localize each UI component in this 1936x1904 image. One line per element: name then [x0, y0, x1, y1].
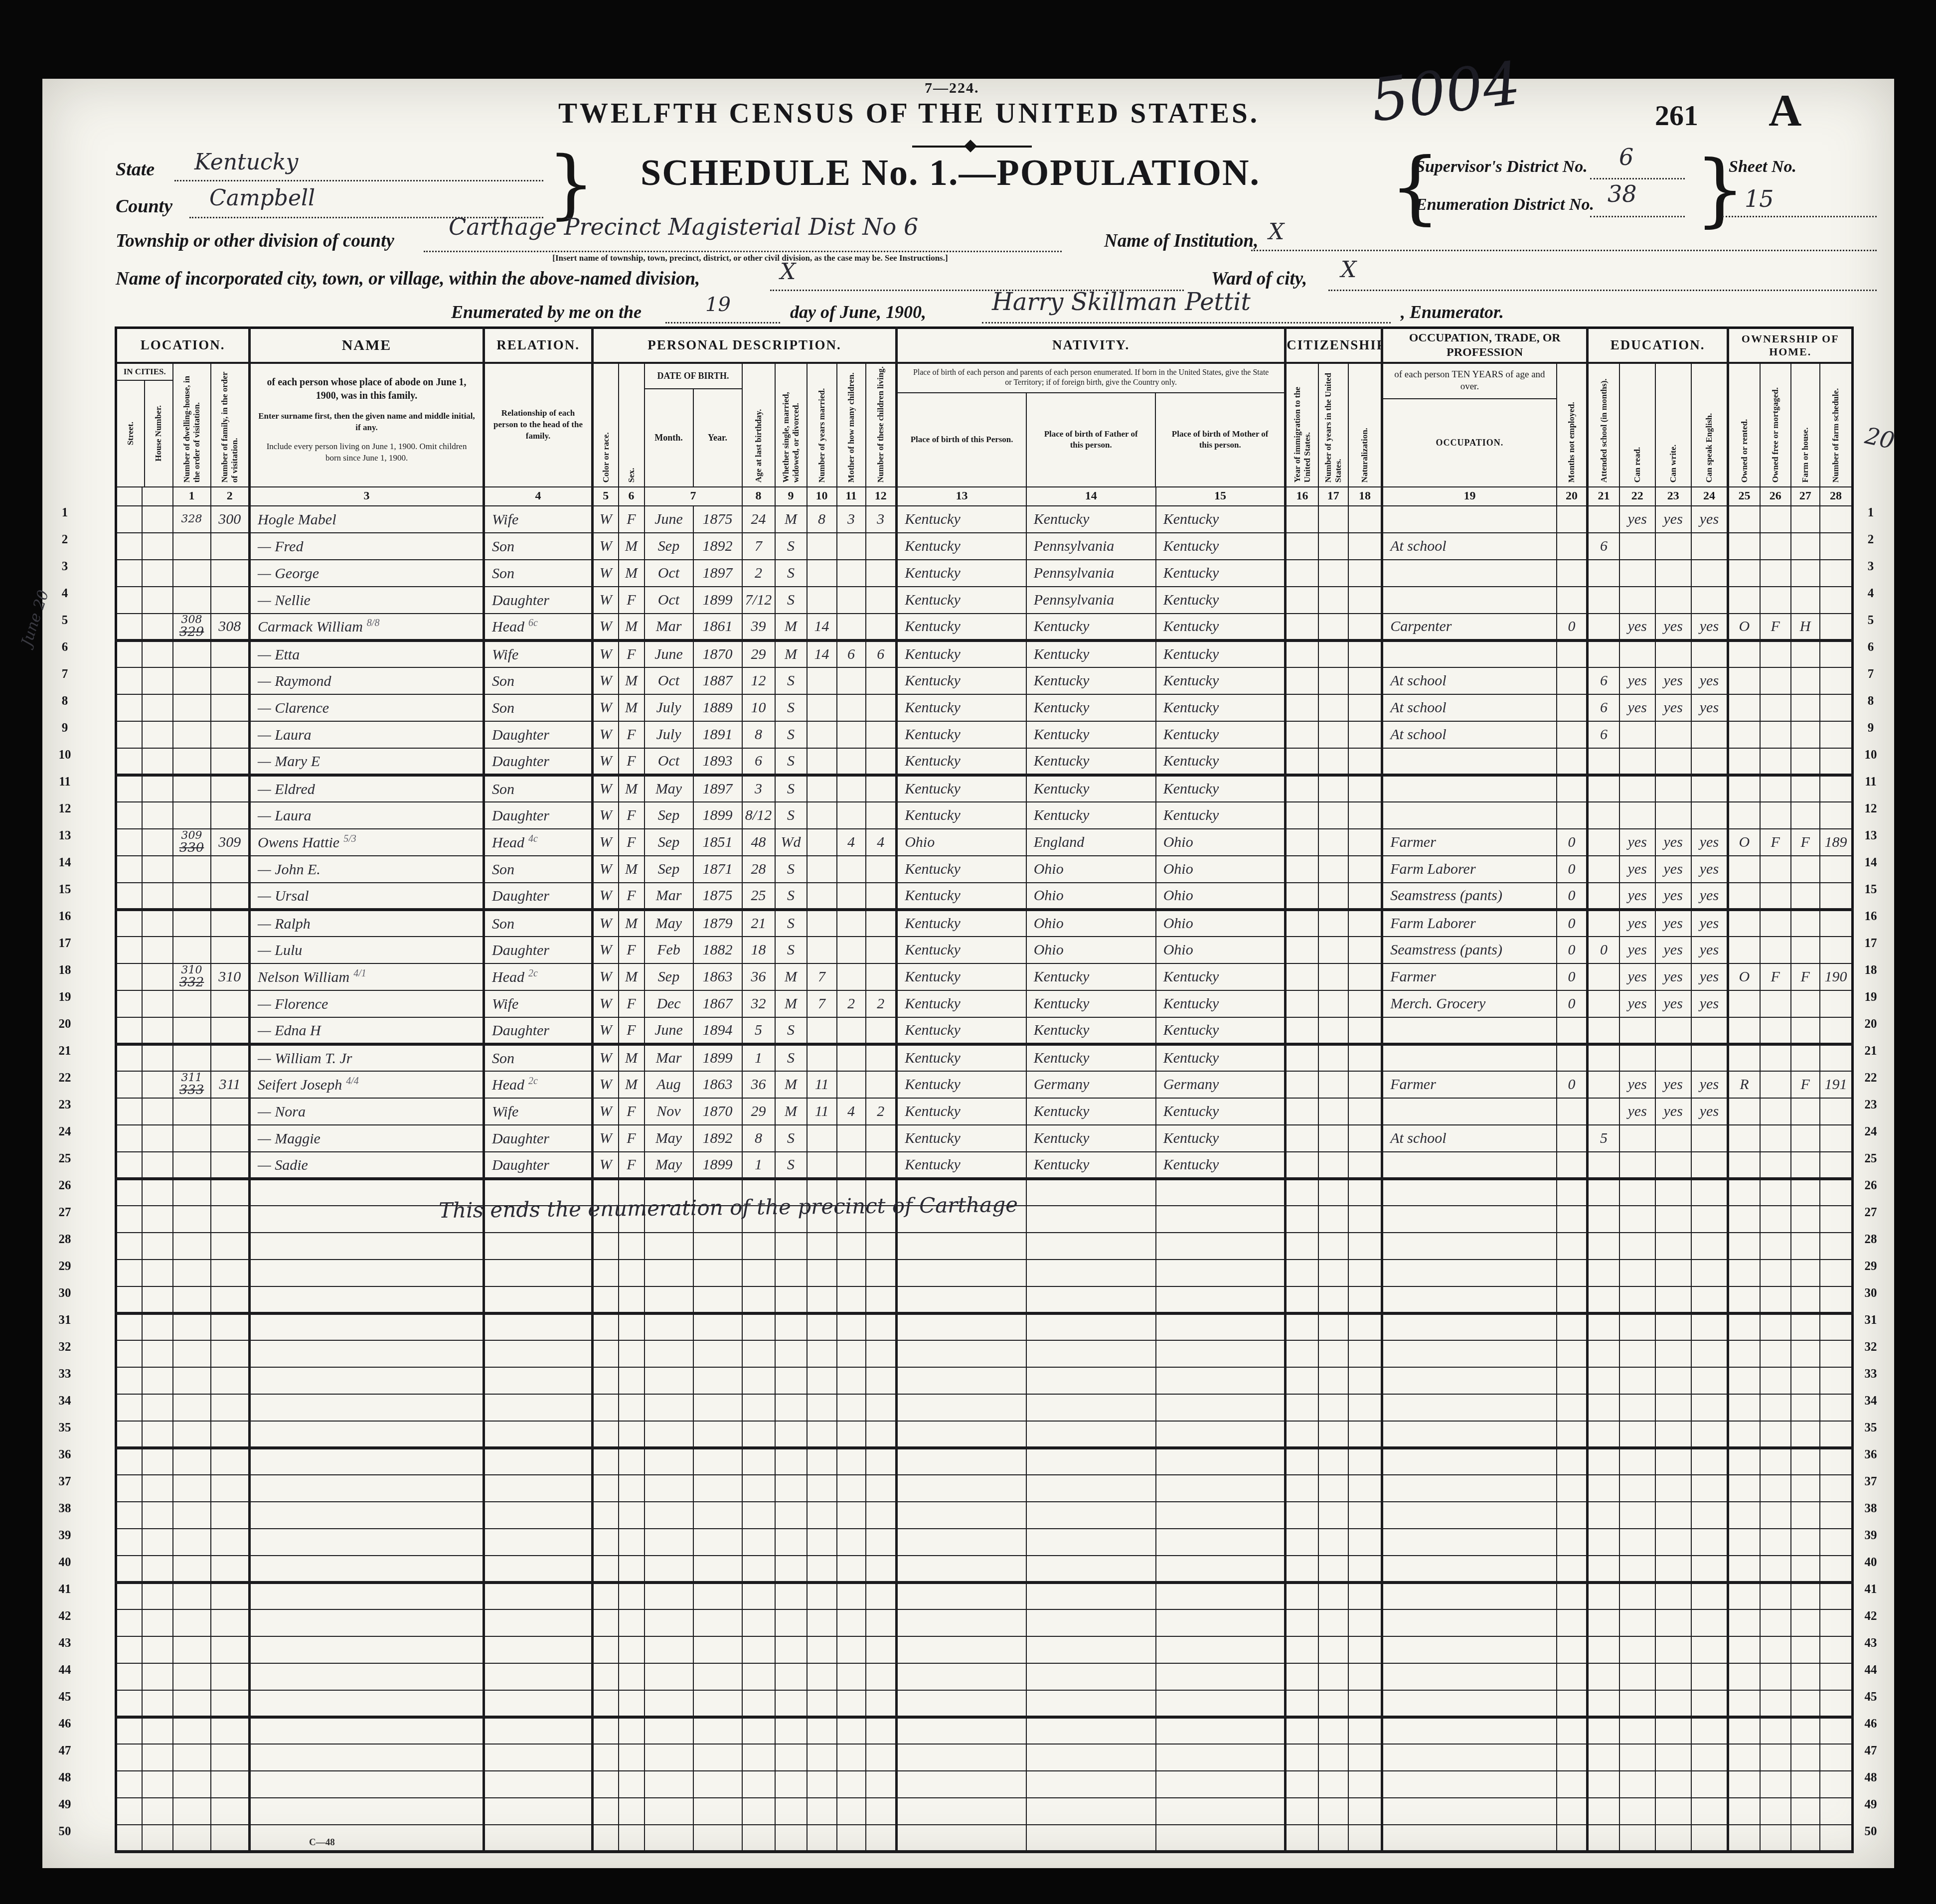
- census-scan-page: 7—224. TWELFTH CENSUS OF THE UNITED STAT…: [0, 0, 1936, 1904]
- cell-mother-of: [837, 1340, 866, 1367]
- row-number: 49: [47, 1791, 82, 1818]
- cell-owned-rented: [1728, 721, 1760, 748]
- cell-street: [116, 1394, 142, 1421]
- cell-birthplace-person: Kentucky: [897, 775, 1026, 802]
- cell-birth-year: 1899: [693, 1152, 742, 1179]
- cell-birthplace-mother: Ohio: [1156, 829, 1286, 856]
- cell-free-mortgaged: [1760, 1690, 1791, 1717]
- cell-owned-rented: [1728, 910, 1760, 937]
- cell-marital: S: [775, 748, 807, 775]
- cell-occupation: [1382, 1233, 1557, 1260]
- row-number: 49: [1853, 1791, 1888, 1818]
- cell-mother-of: [837, 1798, 866, 1825]
- cell-dwelling: [173, 1502, 211, 1529]
- cell-years-in-us: [1318, 560, 1348, 587]
- cell-attended-school: [1588, 1367, 1619, 1394]
- cell-can-read: yes: [1619, 1071, 1655, 1098]
- cell-years-married: [807, 587, 837, 614]
- cell-naturalization: [1348, 1044, 1382, 1071]
- cell-children-living: [866, 1313, 897, 1340]
- cell-family: [211, 1690, 250, 1717]
- table-row: — George Son W M Oct 1897 2 S Kentucky P…: [116, 560, 1853, 587]
- cell-attended-school: [1588, 1636, 1619, 1663]
- cell-owned-rented: O: [1728, 829, 1760, 856]
- cell-street: [116, 1771, 142, 1798]
- state-county-brace: }: [547, 147, 595, 222]
- cell-years-married: [807, 1717, 837, 1744]
- table-row: — Raymond Son W M Oct 1887 12 S Kentucky…: [116, 667, 1853, 694]
- cell-birthplace-father: Ohio: [1026, 856, 1156, 883]
- cell-birthplace-mother: Kentucky: [1156, 721, 1286, 748]
- cell-family: [211, 1583, 250, 1609]
- row-number: 2: [47, 526, 82, 553]
- cell-farm-schedule: [1820, 1556, 1853, 1583]
- cell-farm-schedule: [1820, 1206, 1853, 1233]
- cell-months-unemployed: [1557, 1260, 1588, 1286]
- cell-birthplace-person: Kentucky: [897, 587, 1026, 614]
- cell-street: [116, 694, 142, 721]
- row-number: 34: [47, 1388, 82, 1415]
- cell-sex: [619, 1636, 645, 1663]
- cell-birthplace-father: [1026, 1448, 1156, 1475]
- cell-free-mortgaged: [1760, 910, 1791, 937]
- cell-farm-house: [1791, 910, 1820, 937]
- cell-mother-of: [837, 963, 866, 990]
- cell-birth-month: Oct: [645, 748, 693, 775]
- cell-house: [142, 1394, 173, 1421]
- cell-street: [116, 506, 142, 533]
- cell-naturalization: [1348, 1690, 1382, 1717]
- cell-farm-house: [1791, 1529, 1820, 1556]
- cell-age: 7/12: [742, 587, 775, 614]
- name-desc-1: of each person whose place of abode on J…: [267, 377, 467, 401]
- cell-marital: [775, 1636, 807, 1663]
- cell-occupation: [1382, 1609, 1557, 1636]
- cell-birthplace-father: [1026, 1744, 1156, 1771]
- cell-birthplace-father: [1026, 1636, 1156, 1663]
- cell-owned-rented: [1728, 667, 1760, 694]
- cell-owned-rented: [1728, 1636, 1760, 1663]
- cell-age: 6: [742, 748, 775, 775]
- cell-age: [742, 1583, 775, 1609]
- cell-name: [250, 1286, 484, 1313]
- cell-house: [142, 1206, 173, 1233]
- institution-value: X: [1269, 219, 1284, 245]
- row-number: 6: [1853, 634, 1888, 661]
- cell-immigration-year: [1286, 1206, 1318, 1233]
- cell-owned-rented: [1728, 640, 1760, 667]
- cell-house: [142, 506, 173, 533]
- cell-family: [211, 775, 250, 802]
- dwelling-number-struck: 330: [179, 841, 204, 854]
- cell-farm-schedule: [1820, 614, 1853, 640]
- cell-farm-schedule: [1820, 1717, 1853, 1744]
- cell-birth-month: Sep: [645, 963, 693, 990]
- cell-years-in-us: [1318, 1017, 1348, 1044]
- row-number: 7: [1853, 661, 1888, 688]
- cell-birth-month: [645, 1583, 693, 1609]
- cell-can-read: [1619, 1286, 1655, 1313]
- cell-naturalization: [1348, 1098, 1382, 1125]
- cell-house: [142, 1017, 173, 1044]
- cell-age: 48: [742, 829, 775, 856]
- person-name: — Nellie: [258, 592, 311, 609]
- cell-color: W: [593, 560, 619, 587]
- cell-can-english: yes: [1691, 883, 1728, 910]
- cell-occupation: At school: [1382, 721, 1557, 748]
- row-number: 22: [1853, 1065, 1888, 1092]
- cell-mother-of: [837, 1663, 866, 1690]
- cell-mother-of: [837, 1152, 866, 1179]
- cell-street: [116, 1152, 142, 1179]
- cell-immigration-year: [1286, 721, 1318, 748]
- cell-attended-school: 6: [1588, 533, 1619, 560]
- cell-color: [593, 1286, 619, 1313]
- cell-sex: [619, 1583, 645, 1609]
- cell-birth-month: [645, 1663, 693, 1690]
- cell-years-in-us: [1318, 1448, 1348, 1475]
- row-number: 37: [1853, 1468, 1888, 1495]
- cell-relation: Daughter: [484, 721, 593, 748]
- cell-can-write: [1655, 1394, 1691, 1421]
- cell-immigration-year: [1286, 1286, 1318, 1313]
- cell-occupation: [1382, 748, 1557, 775]
- cell-family: 300: [211, 506, 250, 533]
- page-letter: A: [1769, 84, 1801, 137]
- table-row: — Laura Daughter W F Sep 1899 8/12 S Ken…: [116, 802, 1853, 829]
- cell-house: [142, 640, 173, 667]
- cell-house: [142, 1798, 173, 1825]
- cell-can-english: [1691, 1502, 1728, 1529]
- cell-farm-house: [1791, 775, 1820, 802]
- cell-farm-schedule: [1820, 1098, 1853, 1125]
- cell-color: W: [593, 1017, 619, 1044]
- cell-can-english: [1691, 1206, 1728, 1233]
- cell-immigration-year: [1286, 1152, 1318, 1179]
- cell-can-write: yes: [1655, 963, 1691, 990]
- cell-sex: F: [619, 829, 645, 856]
- group-ownership: OWNERSHIP OF HOME.: [1728, 328, 1853, 363]
- cell-occupation: [1382, 1502, 1557, 1529]
- cell-marital: [775, 1556, 807, 1583]
- colnum: 27: [1791, 487, 1820, 506]
- cell-can-read: [1619, 533, 1655, 560]
- cell-can-english: [1691, 721, 1728, 748]
- cell-months-unemployed: [1557, 1233, 1588, 1260]
- cell-sex: [619, 1825, 645, 1852]
- col-can-write-label: Can write.: [1655, 363, 1691, 487]
- cell-birth-year: 1875: [693, 506, 742, 533]
- cell-farm-schedule: [1820, 1475, 1853, 1502]
- cell-color: W: [593, 883, 619, 910]
- cell-immigration-year: [1286, 1825, 1318, 1852]
- cell-age: [742, 1556, 775, 1583]
- cell-farm-house: [1791, 1663, 1820, 1690]
- person-name: — Florence: [258, 996, 328, 1012]
- cell-sex: M: [619, 667, 645, 694]
- person-name: Seifert Joseph: [258, 1077, 342, 1093]
- cell-occupation: [1382, 1340, 1557, 1367]
- cell-years-in-us: [1318, 1583, 1348, 1609]
- row-number: 30: [47, 1280, 82, 1307]
- cell-months-unemployed: [1557, 1340, 1588, 1367]
- cell-birthplace-mother: [1156, 1636, 1286, 1663]
- table-row: — Maggie Daughter W F May 1892 8 S Kentu…: [116, 1125, 1853, 1152]
- cell-birth-month: [645, 1233, 693, 1260]
- cell-name: Seifert Joseph4/4: [250, 1071, 484, 1098]
- cell-years-married: [807, 533, 837, 560]
- row-number: 27: [1853, 1199, 1888, 1226]
- cell-owned-rented: [1728, 1609, 1760, 1636]
- cell-owned-rented: [1728, 1744, 1760, 1771]
- cell-relation: [484, 1798, 593, 1825]
- cell-attended-school: [1588, 1286, 1619, 1313]
- relation-value: Daughter: [492, 592, 549, 609]
- cell-mother-of: [837, 1609, 866, 1636]
- cell-street: [116, 1529, 142, 1556]
- cell-relation: Daughter: [484, 1017, 593, 1044]
- cell-relation: [484, 1529, 593, 1556]
- cell-children-living: [866, 560, 897, 587]
- colnum: 26: [1760, 487, 1791, 506]
- cell-free-mortgaged: [1760, 1152, 1791, 1179]
- cell-name: [250, 1260, 484, 1286]
- cell-free-mortgaged: F: [1760, 829, 1791, 856]
- dwelling-number: 310: [181, 965, 202, 976]
- dwelling-number-struck: 329: [179, 626, 204, 638]
- cell-years-married: [807, 883, 837, 910]
- cell-can-read: [1619, 1421, 1655, 1448]
- cell-street: [116, 1098, 142, 1125]
- cell-can-write: [1655, 1260, 1691, 1286]
- cell-relation: [484, 1394, 593, 1421]
- cell-birthplace-person: Ohio: [897, 829, 1026, 856]
- table-row: — Ralph Son W M May 1879 21 S Kentucky O…: [116, 910, 1853, 937]
- cell-house: [142, 1340, 173, 1367]
- cell-dwelling: [173, 1394, 211, 1421]
- cell-months-unemployed: [1557, 1771, 1588, 1798]
- cell-birthplace-mother: Kentucky: [1156, 1125, 1286, 1152]
- cell-can-english: yes: [1691, 856, 1728, 883]
- census-table-body: 328 300 Hogle Mabel Wife W F June 1875 2…: [116, 506, 1853, 1852]
- cell-owned-rented: [1728, 1044, 1760, 1071]
- cell-birthplace-mother: [1156, 1260, 1286, 1286]
- cell-immigration-year: [1286, 1556, 1318, 1583]
- cell-birthplace-father: [1026, 1206, 1156, 1233]
- cell-farm-house: [1791, 506, 1820, 533]
- row-number: 2: [1853, 526, 1888, 553]
- cell-birthplace-mother: Kentucky: [1156, 1017, 1286, 1044]
- cell-can-write: yes: [1655, 910, 1691, 937]
- cell-owned-rented: [1728, 1448, 1760, 1475]
- cell-free-mortgaged: [1760, 1206, 1791, 1233]
- cell-birthplace-person: [897, 1825, 1026, 1852]
- cell-can-english: [1691, 1825, 1728, 1852]
- row-number: 46: [1853, 1711, 1888, 1738]
- cell-birthplace-father: [1026, 1340, 1156, 1367]
- person-name: — Etta: [258, 646, 300, 663]
- cell-naturalization: [1348, 1367, 1382, 1394]
- cell-years-married: [807, 1233, 837, 1260]
- cell-can-read: [1619, 1636, 1655, 1663]
- cell-color: W: [593, 829, 619, 856]
- person-name: — Ursal: [258, 888, 309, 904]
- cell-immigration-year: [1286, 1017, 1318, 1044]
- cell-house: [142, 1260, 173, 1286]
- cell-farm-house: [1791, 1286, 1820, 1313]
- cell-farm-schedule: [1820, 910, 1853, 937]
- cell-naturalization: [1348, 1717, 1382, 1744]
- cell-children-living: [866, 963, 897, 990]
- cell-dwelling: [173, 1044, 211, 1071]
- cell-sex: F: [619, 748, 645, 775]
- cell-mother-of: [837, 1233, 866, 1260]
- cell-sex: [619, 1260, 645, 1286]
- cell-children-living: [866, 1421, 897, 1448]
- cell-dwelling: 309330: [173, 829, 211, 856]
- cell-birthplace-person: Kentucky: [897, 694, 1026, 721]
- cell-years-in-us: [1318, 1529, 1348, 1556]
- cell-can-read: yes: [1619, 829, 1655, 856]
- cell-dwelling: [173, 1313, 211, 1340]
- cell-mother-of: [837, 1421, 866, 1448]
- colnum: 15: [1156, 487, 1286, 506]
- cell-marital: Wd: [775, 829, 807, 856]
- row-number: 40: [47, 1549, 82, 1576]
- cell-years-married: [807, 1556, 837, 1583]
- cell-can-write: [1655, 1502, 1691, 1529]
- cell-owned-rented: [1728, 587, 1760, 614]
- column-number-row: 1 2 3 4 5 6 7 8 9 10 11 12 13 14 15 16 1…: [116, 487, 1853, 506]
- cell-owned-rented: [1728, 883, 1760, 910]
- cell-birth-year: [693, 1583, 742, 1609]
- cell-name: [250, 1825, 484, 1852]
- cell-birth-year: 1863: [693, 1071, 742, 1098]
- cell-color: [593, 1340, 619, 1367]
- row-number: 50: [1853, 1818, 1888, 1845]
- cell-attended-school: 6: [1588, 694, 1619, 721]
- cell-marital: [775, 1340, 807, 1367]
- cell-free-mortgaged: [1760, 1771, 1791, 1798]
- cell-sex: F: [619, 990, 645, 1017]
- cell-color: W: [593, 1071, 619, 1098]
- cell-birthplace-mother: Kentucky: [1156, 694, 1286, 721]
- cell-family: [211, 1152, 250, 1179]
- colnum: 3: [250, 487, 484, 506]
- cell-farm-house: [1791, 856, 1820, 883]
- cell-house: [142, 1152, 173, 1179]
- cell-house: [142, 829, 173, 856]
- cell-naturalization: [1348, 1475, 1382, 1502]
- cell-mother-of: [837, 1690, 866, 1717]
- cell-birthplace-person: Kentucky: [897, 910, 1026, 937]
- cell-immigration-year: [1286, 963, 1318, 990]
- table-row: [116, 1448, 1853, 1475]
- cell-owned-rented: [1728, 1313, 1760, 1340]
- col-birth-father-label: Place of birth of Father of this person.: [1026, 393, 1155, 486]
- cell-dwelling: [173, 990, 211, 1017]
- cell-dwelling: [173, 1636, 211, 1663]
- cell-children-living: [866, 1071, 897, 1098]
- cell-marital: M: [775, 506, 807, 533]
- row-number: 13: [47, 822, 82, 849]
- enumeration-label: Enumeration District No.: [1416, 195, 1594, 214]
- row-number: 17: [47, 930, 82, 957]
- row-number: 9: [47, 715, 82, 742]
- row-number: 15: [1853, 876, 1888, 903]
- cell-name: — Mary E: [250, 748, 484, 775]
- colnum: 5: [593, 487, 619, 506]
- cell-birth-year: [693, 1556, 742, 1583]
- cell-color: W: [593, 1098, 619, 1125]
- cell-months-unemployed: 0: [1557, 937, 1588, 963]
- cell-age: [742, 1475, 775, 1502]
- cell-farm-house: [1791, 990, 1820, 1017]
- cell-name: [250, 1448, 484, 1475]
- table-row: [116, 1636, 1853, 1663]
- cell-birth-year: 1863: [693, 963, 742, 990]
- cell-can-write: [1655, 1233, 1691, 1260]
- cell-can-write: [1655, 1825, 1691, 1852]
- cell-attended-school: [1588, 1744, 1619, 1771]
- cell-naturalization: [1348, 1394, 1382, 1421]
- cell-name: Nelson William4/1: [250, 963, 484, 990]
- cell-name: — Nora: [250, 1098, 484, 1125]
- cell-free-mortgaged: [1760, 506, 1791, 533]
- cell-can-english: [1691, 533, 1728, 560]
- cell-can-read: [1619, 1502, 1655, 1529]
- cell-farm-house: [1791, 640, 1820, 667]
- cell-years-in-us: [1318, 856, 1348, 883]
- group-occupation: OCCUPATION, TRADE, OR PROFESSION: [1382, 328, 1588, 363]
- row-number: 45: [1853, 1684, 1888, 1711]
- cell-birthplace-father: Kentucky: [1026, 963, 1156, 990]
- cell-years-in-us: [1318, 1179, 1348, 1206]
- cell-mother-of: [837, 1636, 866, 1663]
- relation-value: Daughter: [492, 1157, 549, 1173]
- cell-family: [211, 1609, 250, 1636]
- cell-can-read: yes: [1619, 1098, 1655, 1125]
- cell-can-english: [1691, 587, 1728, 614]
- cell-farm-schedule: [1820, 1313, 1853, 1340]
- cell-color: [593, 1771, 619, 1798]
- relation-value: Wife: [492, 511, 518, 528]
- relation-value: Son: [492, 916, 514, 932]
- colnum: 21: [1588, 487, 1619, 506]
- cell-immigration-year: [1286, 1583, 1318, 1609]
- cell-years-in-us: [1318, 1690, 1348, 1717]
- col-month-label: Month.: [645, 389, 693, 486]
- cell-can-english: [1691, 1313, 1728, 1340]
- row-number: 33: [47, 1361, 82, 1388]
- cell-birth-month: Aug: [645, 1071, 693, 1098]
- cell-street: [116, 775, 142, 802]
- cell-years-married: 7: [807, 990, 837, 1017]
- cell-birthplace-father: Pennsylvania: [1026, 560, 1156, 587]
- name-annotation: 4/1: [353, 968, 366, 979]
- cell-can-read: [1619, 1340, 1655, 1367]
- cell-can-read: yes: [1619, 883, 1655, 910]
- cell-birthplace-father: [1026, 1260, 1156, 1286]
- cell-farm-house: [1791, 694, 1820, 721]
- cell-attended-school: [1588, 1825, 1619, 1852]
- cell-birth-year: [693, 1690, 742, 1717]
- cell-children-living: [866, 1233, 897, 1260]
- left-row-numbers: 1234567891011121314151617181920212223242…: [47, 499, 82, 1845]
- cell-family: [211, 937, 250, 963]
- cell-occupation: [1382, 1206, 1557, 1233]
- cell-years-in-us: [1318, 937, 1348, 963]
